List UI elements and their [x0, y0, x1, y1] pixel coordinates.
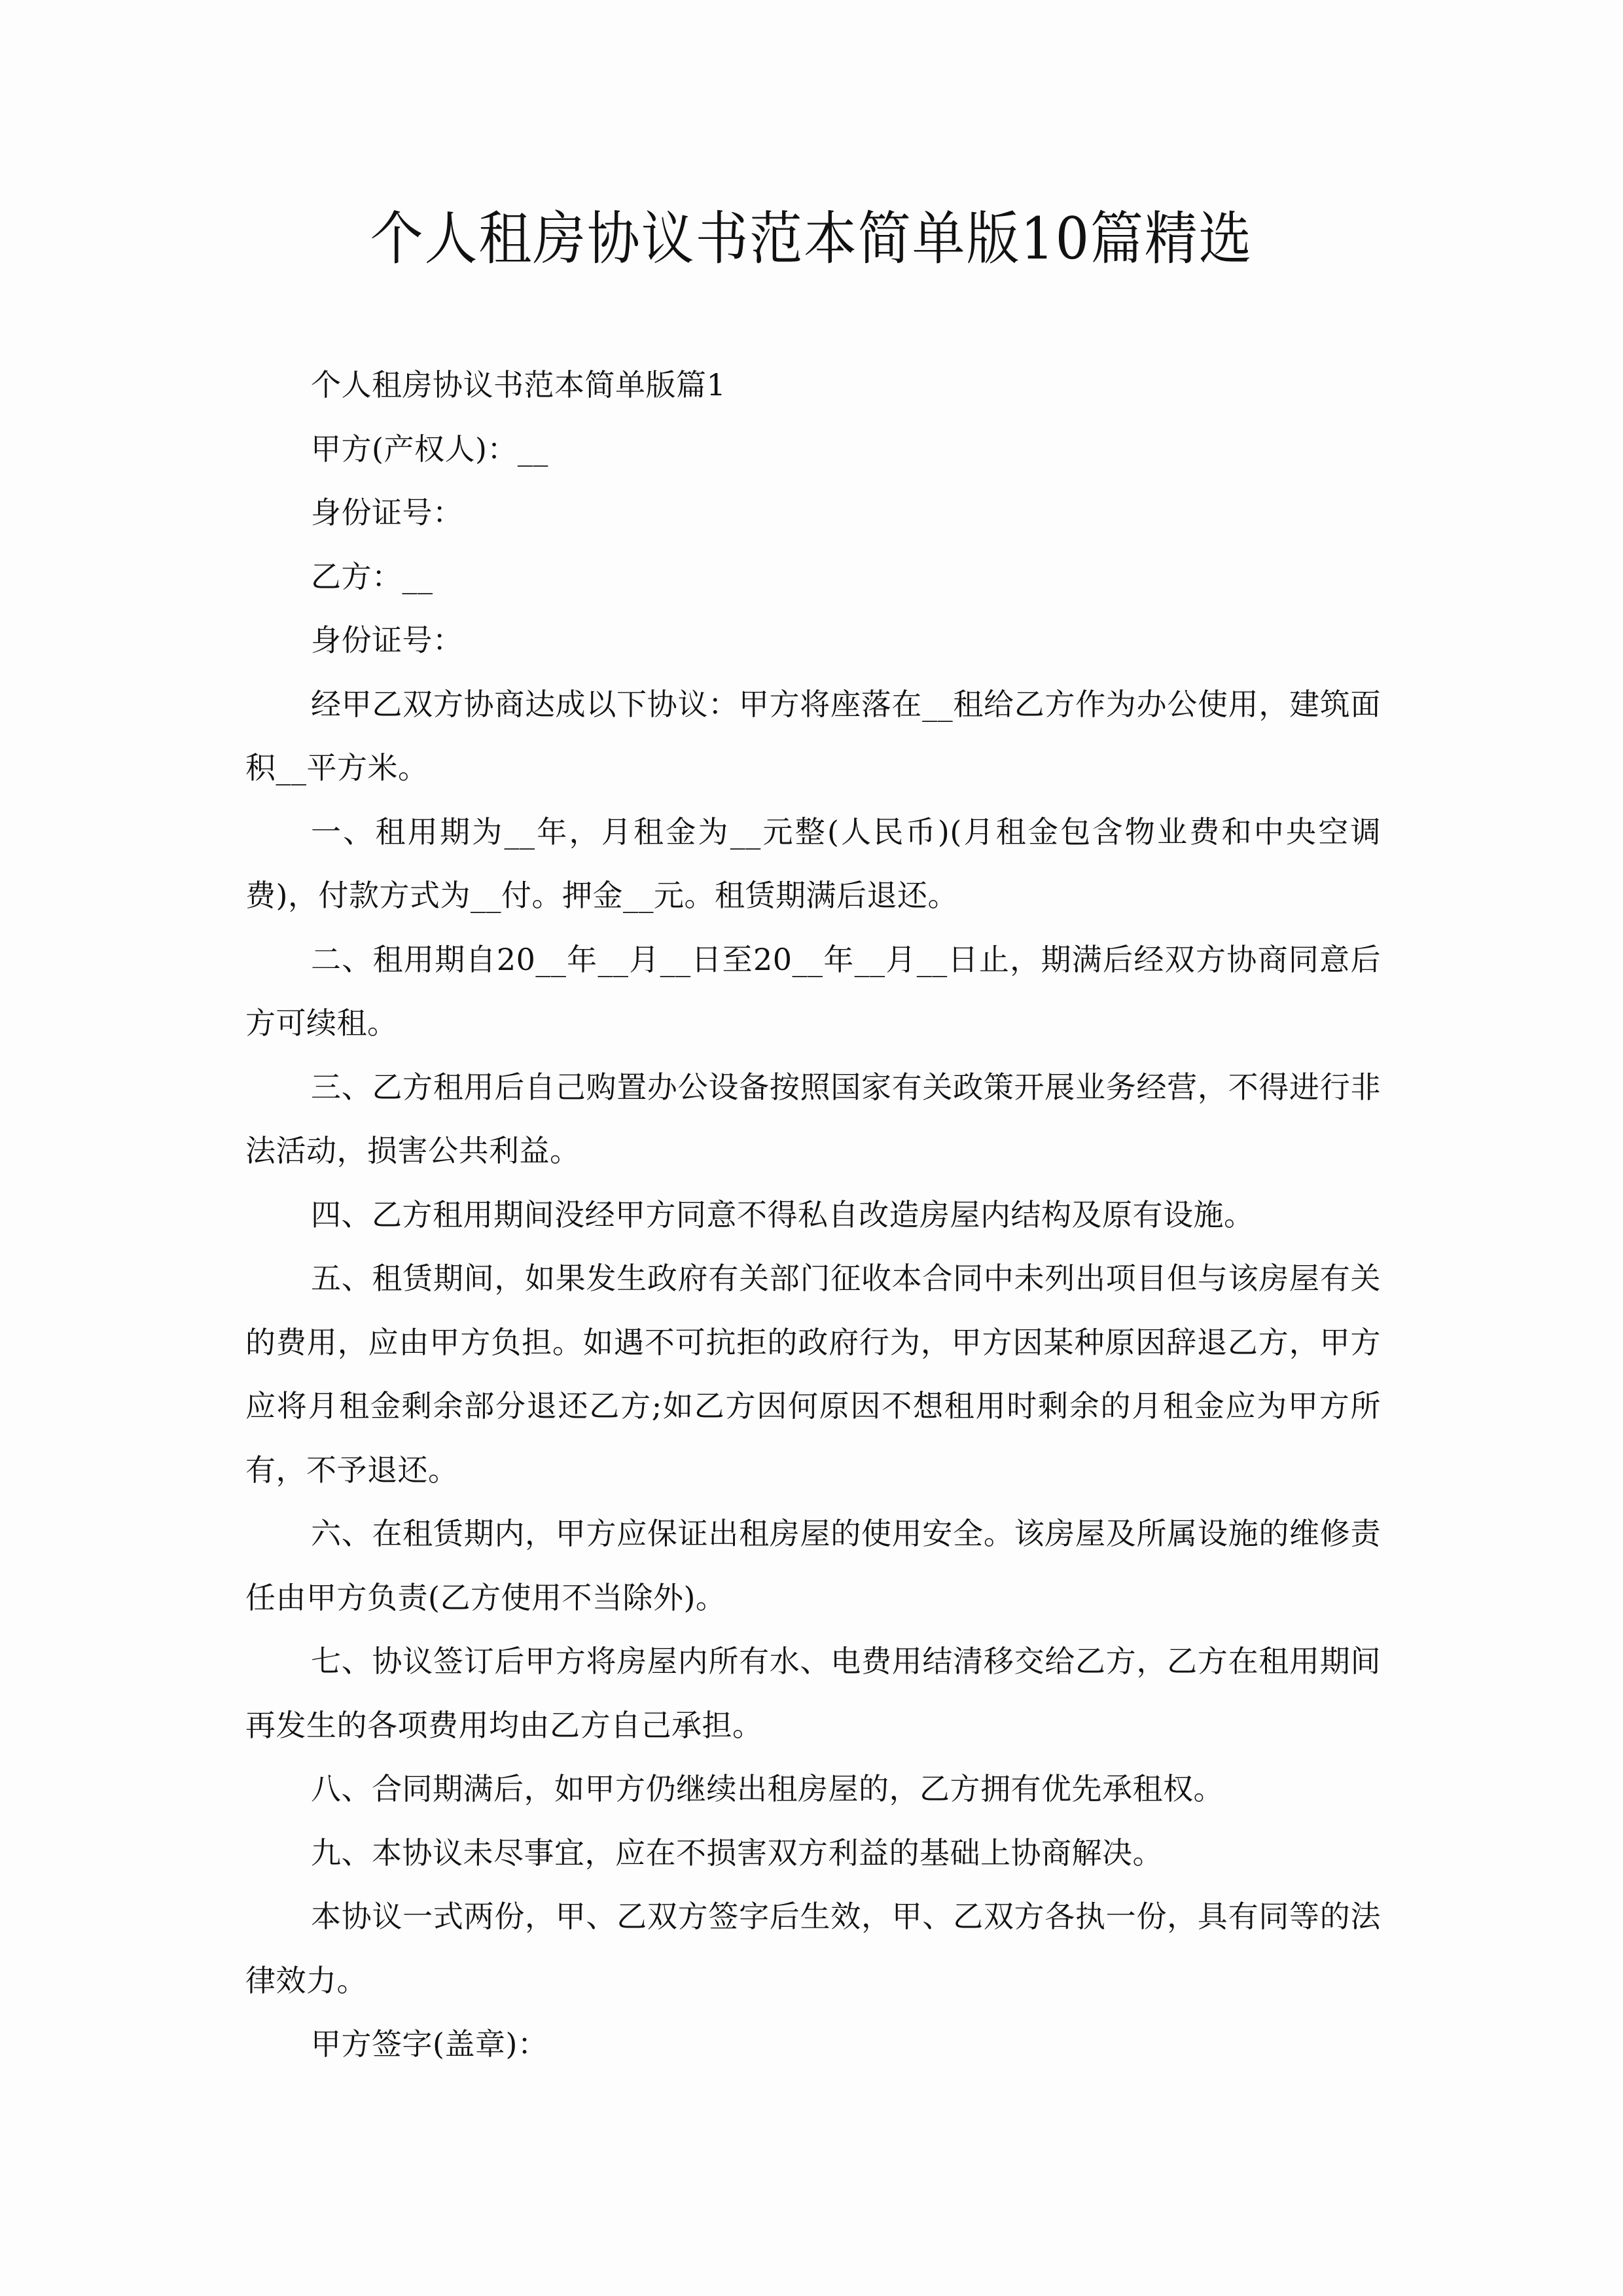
- clause-4: 四、乙方租用期间没经甲方同意不得私自改造房屋内结构及原有设施。: [245, 1183, 1381, 1247]
- clause-8: 八、合同期满后，如甲方仍继续出租房屋的，乙方拥有优先承租权。: [245, 1757, 1381, 1821]
- clause-6: 六、在租赁期内，甲方应保证出租房屋的使用安全。该房屋及所属设施的维修责任由甲方负…: [245, 1502, 1381, 1630]
- agreement-intro: 经甲乙双方协商达成以下协议：甲方将座落在__租给乙方作为办公使用，建筑面积__平…: [245, 673, 1381, 800]
- closing-statement: 本协议一式两份，甲、乙双方签字后生效，甲、乙双方各执一份，具有同等的法律效力。: [245, 1885, 1381, 2013]
- document-title: 个人租房协议书范本简单版10篇精选: [65, 200, 1558, 278]
- clause-1: 一、租用期为__年，月租金为__元整(人民币)(月租金包含物业费和中央空调费)，…: [245, 800, 1381, 928]
- party-a-field: 甲方(产权人)：__: [245, 418, 1381, 482]
- party-b-field: 乙方：__: [245, 545, 1381, 609]
- clause-3: 三、乙方租用后自己购置办公设备按照国家有关政策开展业务经营，不得进行非法活动，损…: [245, 1056, 1381, 1183]
- clause-5: 五、租赁期间，如果发生政府有关部门征收本合同中未列出项目但与该房屋有关的费用，应…: [245, 1247, 1381, 1502]
- party-a-signature-line: 甲方签字(盖章)：: [245, 2013, 1381, 2077]
- party-a-id-field: 身份证号：: [245, 481, 1381, 545]
- document-page: 个人租房协议书范本简单版10篇精选 个人租房协议书范本简单版篇1 甲方(产权人)…: [0, 0, 1623, 2296]
- clause-7: 七、协议签订后甲方将房屋内所有水、电费用结清移交给乙方，乙方在租用期间再发生的各…: [245, 1630, 1381, 1757]
- section-heading: 个人租房协议书范本简单版篇1: [245, 353, 1381, 418]
- party-b-id-field: 身份证号：: [245, 609, 1381, 673]
- document-body: 个人租房协议书范本简单版篇1 甲方(产权人)：__ 身份证号： 乙方：__ 身份…: [245, 353, 1381, 2077]
- clause-9: 九、本协议未尽事宜，应在不损害双方利益的基础上协商解决。: [245, 1821, 1381, 1886]
- clause-2: 二、租用期自20__年__月__日至20__年__月__日止，期满后经双方协商同…: [245, 928, 1381, 1056]
